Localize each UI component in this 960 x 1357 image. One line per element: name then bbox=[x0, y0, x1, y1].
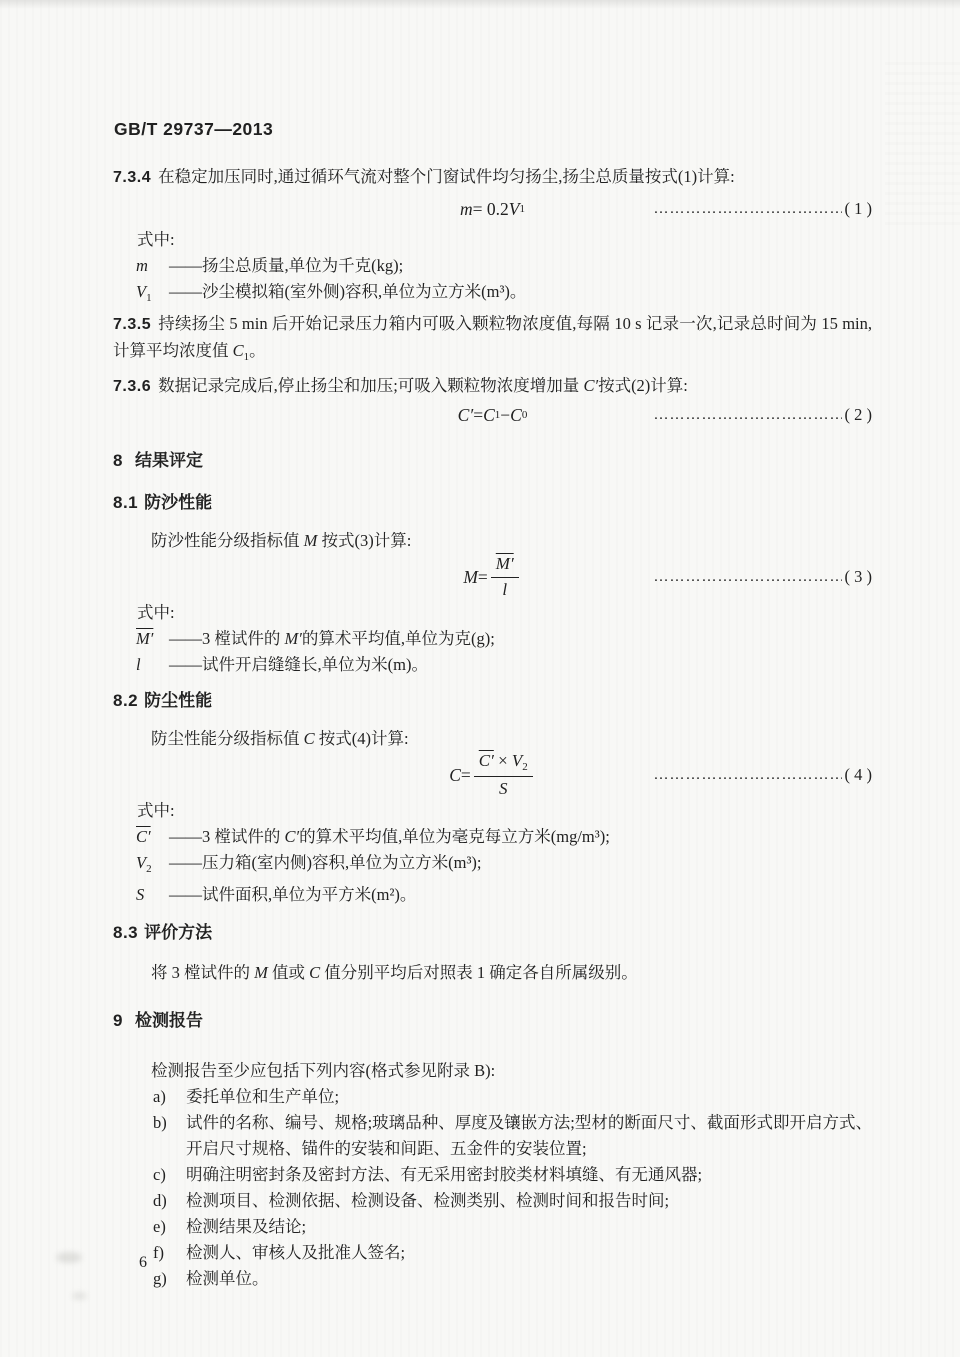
text-run: 将 3 樘试件的 bbox=[151, 963, 254, 982]
page-number: 6 bbox=[139, 1250, 147, 1276]
text-run: 检测报告至少应包括下列内容(格式参见附录 B): bbox=[151, 1061, 495, 1080]
formula-number: ( 3 ) bbox=[845, 564, 873, 590]
text-run: m bbox=[460, 196, 473, 222]
text-run: = bbox=[473, 402, 483, 428]
section-heading-8: 8结果评定 bbox=[113, 448, 872, 474]
list-item-b: b)试件的名称、编号、规格;玻璃品种、厚度及镶嵌方法;型材的断面尺寸、截面形式即… bbox=[113, 1110, 872, 1162]
text-run: − bbox=[500, 402, 510, 428]
where-label: 式中: bbox=[113, 798, 872, 824]
symbol-definition: m——扬尘总质量,单位为千克(kg); bbox=[113, 253, 872, 279]
symbol-definition: M′——3 樘试件的 M′的算术平均值,单位为克(g); bbox=[113, 626, 872, 652]
text-run: = 0.2 bbox=[473, 196, 509, 222]
text-run: 按式(2)计算: bbox=[598, 376, 688, 395]
text-run: M bbox=[463, 564, 478, 590]
formula-1: m = 0.2V1………………………………( 1 ) bbox=[113, 194, 872, 224]
list-item-text: 检测结果及结论; bbox=[186, 1217, 306, 1236]
list-item-letter: c) bbox=[153, 1162, 166, 1188]
text-run: C bbox=[449, 762, 461, 788]
list-item-f: f)检测人、审核人及批准人签名; bbox=[113, 1240, 872, 1266]
list-item-text: 试件的名称、编号、规格;玻璃品种、厚度及镶嵌方法;型材的断面尺寸、截面形式即开启… bbox=[186, 1113, 872, 1158]
text-run: 检测项目、检测依据、检测设备、检测类别、检测时间和报告时间; bbox=[186, 1191, 669, 1210]
clause-7.3.6: 7.3.6数据记录完成后,停止扬尘和加压;可吸入颗粒物浓度增加量 C′按式(2)… bbox=[113, 373, 872, 400]
symbol: C′ bbox=[136, 824, 169, 850]
formula-leader: ………………………………( 3 ) bbox=[654, 554, 873, 600]
dot-leader: ……………………………… bbox=[654, 402, 842, 428]
text-run: S bbox=[136, 885, 144, 904]
text-run: ——扬尘总质量,单位为千克(kg); bbox=[169, 256, 403, 275]
text-run: 试件的名称、编号、规格;玻璃品种、厚度及镶嵌方法;型材的断面尺寸、截面形式即开启… bbox=[186, 1113, 872, 1158]
section-heading-9: 9检测报告 bbox=[113, 1008, 872, 1034]
text-run: V bbox=[512, 751, 522, 770]
text-run: 防沙性能分级指标值 bbox=[151, 531, 304, 550]
text-run: C′ bbox=[583, 376, 598, 395]
formula-number: ( 1 ) bbox=[845, 196, 873, 222]
list-item-letter: e) bbox=[153, 1214, 166, 1240]
text-run: 2 bbox=[522, 761, 528, 773]
scan-artifact-speckle bbox=[885, 55, 960, 225]
text-run: 。 bbox=[249, 341, 266, 360]
text-run: 在稳定加压同时,通过循环气流对整个门窗试件均匀扬尘,扬尘总质量按式(1)计算: bbox=[158, 167, 735, 186]
clause-7.3.5: 7.3.5持续扬尘 5 min 后开始记录压力箱内可吸入颗粒物浓度值,每隔 10… bbox=[113, 311, 872, 370]
text-run: C′ bbox=[479, 751, 494, 770]
symbol-definition: S——试件面积,单位为平方米(m²)。 bbox=[113, 882, 872, 908]
scan-artifact-smudge bbox=[56, 1252, 82, 1263]
dot-leader: ……………………………… bbox=[654, 762, 842, 788]
formula-number: ( 2 ) bbox=[845, 402, 873, 428]
formula-expression: m = 0.2V1 bbox=[460, 196, 525, 222]
text-run: V bbox=[509, 196, 520, 222]
heading-number: 8.3 bbox=[113, 923, 138, 942]
text-run: 检测单位。 bbox=[186, 1269, 269, 1288]
clause-number: 7.3.5 bbox=[113, 316, 151, 333]
scanned-standard-page: GB/T 29737—2013 7.3.4在稳定加压同时,通过循环气流对整个门窗… bbox=[0, 0, 960, 1357]
text-run: 1 bbox=[519, 196, 525, 222]
text-run: ——沙尘模拟箱(室外侧)容积,单位为立方米(m³)。 bbox=[169, 282, 526, 301]
text-run: 明确注明密封条及密封方法、有无采用密封胶类材料填缝、有无通风器; bbox=[186, 1165, 702, 1184]
formula-expression: M = M′l bbox=[463, 553, 521, 600]
list-item-text: 明确注明密封条及密封方法、有无采用密封胶类材料填缝、有无通风器; bbox=[186, 1165, 702, 1184]
text-run: C′ bbox=[458, 402, 474, 428]
text-run: C′ bbox=[285, 827, 300, 846]
text-run: 委托单位和生产单位; bbox=[186, 1087, 339, 1106]
list-item-d: d)检测项目、检测依据、检测设备、检测类别、检测时间和报告时间; bbox=[113, 1188, 872, 1214]
fraction-denominator: l bbox=[502, 578, 507, 601]
list-item-letter: f) bbox=[153, 1240, 164, 1266]
text-run: l bbox=[502, 580, 507, 599]
list-item-text: 检测项目、检测依据、检测设备、检测类别、检测时间和报告时间; bbox=[186, 1191, 669, 1210]
text-run: 值分别平均后对照表 1 确定各自所属级别。 bbox=[320, 963, 638, 982]
fraction-numerator: C′ × V2 bbox=[474, 750, 533, 776]
text-run: 的算术平均值,单位为克(g); bbox=[302, 629, 495, 648]
heading-text: 检测报告 bbox=[135, 1011, 203, 1030]
text-run: 检测结果及结论; bbox=[186, 1217, 306, 1236]
text-run: 1 bbox=[146, 292, 152, 304]
text-run: 的算术平均值,单位为毫克每立方米(mg/m³); bbox=[299, 827, 610, 846]
symbol: l bbox=[136, 652, 169, 678]
text-run: M bbox=[254, 963, 268, 982]
text-run: ——3 樘试件的 bbox=[169, 629, 285, 648]
text-run: 持续扬尘 5 min 后开始记录压力箱内可吸入颗粒物浓度值,每隔 10 s 记录… bbox=[113, 314, 872, 360]
fraction: C′ × V2S bbox=[474, 750, 533, 799]
text-run: V bbox=[136, 853, 146, 872]
text-run: 式中: bbox=[137, 230, 175, 249]
clause-7.3.4: 7.3.4在稳定加压同时,通过循环气流对整个门窗试件均匀扬尘,扬尘总质量按式(1… bbox=[113, 164, 872, 191]
text-run: S bbox=[499, 779, 508, 798]
heading-text: 防尘性能 bbox=[144, 691, 212, 710]
text-run: 按式(3)计算: bbox=[317, 531, 411, 550]
list-item-e: e)检测结果及结论; bbox=[113, 1214, 872, 1240]
section-heading-8.1: 8.1防沙性能 bbox=[113, 490, 872, 516]
fraction-numerator: M′ bbox=[491, 553, 519, 577]
text-run: ——试件面积,单位为平方米(m²)。 bbox=[169, 885, 416, 904]
text-run: 检测人、审核人及批准人签名; bbox=[186, 1243, 405, 1262]
heading-number: 8 bbox=[113, 451, 123, 470]
text-run: = bbox=[478, 564, 488, 590]
text-run: V bbox=[136, 282, 146, 301]
paragraph: 防沙性能分级指标值 M 按式(3)计算: bbox=[113, 528, 872, 554]
heading-text: 结果评定 bbox=[135, 451, 203, 470]
list-item-letter: d) bbox=[153, 1188, 167, 1214]
symbol-definition: V2——压力箱(室内侧)容积,单位为立方米(m³); bbox=[113, 850, 872, 882]
formula-expression: C′ = C1 − C0 bbox=[458, 402, 528, 428]
list-item-c: c)明确注明密封条及密封方法、有无采用密封胶类材料填缝、有无通风器; bbox=[113, 1162, 872, 1188]
paragraph: 检测报告至少应包括下列内容(格式参见附录 B): bbox=[113, 1058, 872, 1084]
text-run: ——试件开启缝缝长,单位为米(m)。 bbox=[169, 655, 428, 674]
text-run: × bbox=[494, 751, 512, 770]
text-run: M′ bbox=[285, 629, 302, 648]
heading-number: 9 bbox=[113, 1011, 123, 1030]
heading-number: 8.2 bbox=[113, 691, 138, 710]
where-label: 式中: bbox=[113, 600, 872, 626]
symbol: M′ bbox=[136, 626, 169, 652]
text-run: 按式(4)计算: bbox=[315, 729, 409, 748]
list-item-text: 委托单位和生产单位; bbox=[186, 1087, 339, 1106]
section-heading-8.2: 8.2防尘性能 bbox=[113, 688, 872, 714]
list-item-letter: a) bbox=[153, 1084, 166, 1110]
text-run: 防尘性能分级指标值 bbox=[151, 729, 304, 748]
clause-number: 7.3.6 bbox=[113, 378, 151, 395]
scan-artifact-top-edge bbox=[0, 0, 960, 9]
text-run: C bbox=[309, 963, 320, 982]
list-item-g: g)检测单位。 bbox=[113, 1266, 872, 1292]
formula-expression: C = C′ × V2S bbox=[449, 750, 536, 799]
list-item-text: 检测单位。 bbox=[186, 1269, 269, 1288]
text-run: C′ bbox=[136, 827, 151, 846]
list-item-letter: g) bbox=[153, 1266, 167, 1292]
formula-3: M = M′l………………………………( 3 ) bbox=[113, 554, 872, 600]
text-run: C bbox=[233, 341, 244, 360]
text-run: 数据记录完成后,停止扬尘和加压;可吸入颗粒物浓度增加量 bbox=[158, 376, 583, 395]
text-run: M′ bbox=[496, 554, 514, 573]
formula-leader: ………………………………( 4 ) bbox=[654, 752, 873, 798]
document-body: 7.3.4在稳定加压同时,通过循环气流对整个门窗试件均匀扬尘,扬尘总质量按式(1… bbox=[113, 144, 872, 1292]
fraction-denominator: S bbox=[499, 777, 508, 800]
text-run: 式中: bbox=[137, 801, 175, 820]
scan-artifact-smudge bbox=[72, 1292, 87, 1300]
symbol-definition: V1——沙尘模拟箱(室外侧)容积,单位为立方米(m³)。 bbox=[113, 279, 872, 311]
list-item-a: a)委托单位和生产单位; bbox=[113, 1084, 872, 1110]
text-run: C bbox=[510, 402, 522, 428]
list-item-letter: b) bbox=[153, 1110, 167, 1136]
standard-number-header: GB/T 29737—2013 bbox=[114, 116, 273, 142]
heading-number: 8.1 bbox=[113, 493, 138, 512]
symbol-definition: C′——3 樘试件的 C′的算术平均值,单位为毫克每立方米(mg/m³); bbox=[113, 824, 872, 850]
text-run: C bbox=[483, 402, 495, 428]
symbol: V1 bbox=[136, 279, 169, 311]
dot-leader: ……………………………… bbox=[654, 196, 842, 222]
dot-leader: ……………………………… bbox=[654, 564, 842, 590]
where-label: 式中: bbox=[113, 227, 872, 253]
symbol-definition: l——试件开启缝缝长,单位为米(m)。 bbox=[113, 652, 872, 678]
text-run: 2 bbox=[146, 863, 152, 875]
text-run: l bbox=[136, 655, 141, 674]
section-heading-8.3: 8.3评价方法 bbox=[113, 920, 872, 946]
symbol: V2 bbox=[136, 850, 169, 882]
text-run: 值或 bbox=[268, 963, 309, 982]
formula-2: C′ = C1 − C0………………………………( 2 ) bbox=[113, 400, 872, 430]
formula-4: C = C′ × V2S………………………………( 4 ) bbox=[113, 752, 872, 798]
symbol: S bbox=[136, 882, 169, 908]
paragraph: 防尘性能分级指标值 C 按式(4)计算: bbox=[113, 726, 872, 752]
fraction: M′l bbox=[491, 553, 519, 600]
list-item-text: 检测人、审核人及批准人签名; bbox=[186, 1243, 405, 1262]
formula-number: ( 4 ) bbox=[845, 762, 873, 788]
text-run: 0 bbox=[522, 402, 528, 428]
text-run: ——压力箱(室内侧)容积,单位为立方米(m³); bbox=[169, 853, 481, 872]
text-run: ——3 樘试件的 bbox=[169, 827, 285, 846]
text-run: C bbox=[304, 729, 315, 748]
heading-text: 评价方法 bbox=[144, 923, 212, 942]
text-run: = bbox=[461, 762, 471, 788]
heading-text: 防沙性能 bbox=[144, 493, 212, 512]
clause-number: 7.3.4 bbox=[113, 169, 151, 186]
text-run: 式中: bbox=[137, 603, 175, 622]
text-run: m bbox=[136, 256, 148, 275]
text-run: M′ bbox=[136, 629, 153, 648]
symbol: m bbox=[136, 253, 169, 279]
formula-leader: ………………………………( 2 ) bbox=[654, 400, 873, 430]
paragraph: 将 3 樘试件的 M 值或 C 值分别平均后对照表 1 确定各自所属级别。 bbox=[113, 960, 872, 986]
formula-leader: ………………………………( 1 ) bbox=[654, 194, 873, 224]
text-run: M bbox=[304, 531, 318, 550]
